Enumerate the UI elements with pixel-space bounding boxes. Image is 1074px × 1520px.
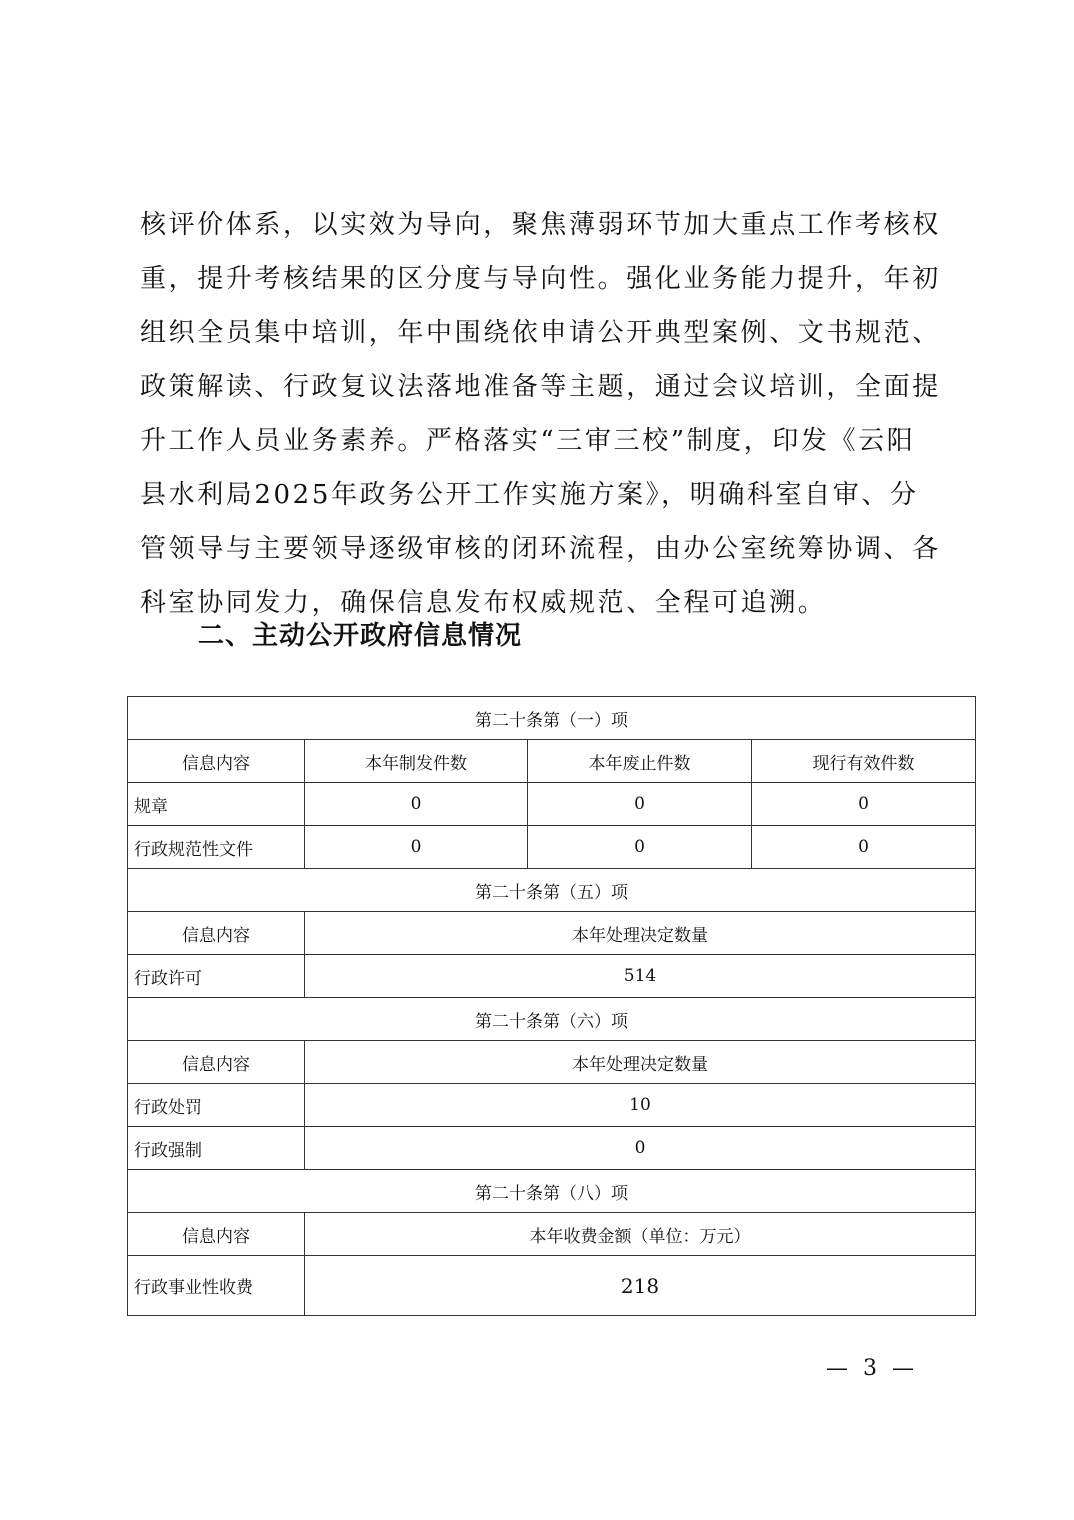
cell-value: 0 bbox=[528, 826, 752, 869]
column-header: 信息内容 bbox=[128, 1213, 305, 1256]
paragraph-line: 组织全员集中培训，年中围绕依申请公开典型案例、文书规范、 bbox=[140, 306, 940, 360]
header-row: 信息内容 本年处理决定数量 bbox=[128, 912, 976, 955]
cell-value: 10 bbox=[305, 1084, 976, 1127]
column-header: 本年处理决定数量 bbox=[305, 1041, 976, 1084]
row-label: 行政处罚 bbox=[128, 1084, 305, 1127]
column-header: 本年制发件数 bbox=[305, 740, 528, 783]
table-row: 行政许可 514 bbox=[128, 955, 976, 998]
section-title-row: 第二十条第（五）项 bbox=[128, 869, 976, 912]
page-number: — 3 — bbox=[826, 1356, 918, 1381]
column-header: 信息内容 bbox=[128, 912, 305, 955]
paragraph-line: 重，提升考核结果的区分度与导向性。强化业务能力提升，年初 bbox=[140, 252, 940, 306]
section-title: 第二十条第（五）项 bbox=[128, 869, 976, 912]
table-row: 行政强制 0 bbox=[128, 1127, 976, 1170]
cell-value: 218 bbox=[305, 1256, 976, 1316]
section-title: 第二十条第（六）项 bbox=[128, 998, 976, 1041]
cell-value: 0 bbox=[752, 826, 976, 869]
paragraph-line: 升工作人员业务素养。严格落实“三审三校”制度，印发《云阳 bbox=[140, 414, 940, 468]
table-row: 行政处罚 10 bbox=[128, 1084, 976, 1127]
paragraph-line: 县水利局2025年政务公开工作实施方案》，明确科室自审、分 bbox=[140, 468, 940, 522]
table-row: 规章 0 0 0 bbox=[128, 783, 976, 826]
column-header: 本年废止件数 bbox=[528, 740, 752, 783]
table-row: 行政规范性文件 0 0 0 bbox=[128, 826, 976, 869]
row-label: 行政事业性收费 bbox=[128, 1256, 305, 1316]
column-header: 信息内容 bbox=[128, 740, 305, 783]
section-title: 第二十条第（八）项 bbox=[128, 1170, 976, 1213]
column-header: 信息内容 bbox=[128, 1041, 305, 1084]
paragraph-line: 政策解读、行政复议法落地准备等主题，通过会议培训，全面提 bbox=[140, 360, 940, 414]
cell-value: 514 bbox=[305, 955, 976, 998]
header-row: 信息内容 本年处理决定数量 bbox=[128, 1041, 976, 1084]
section-title-row: 第二十条第（六）项 bbox=[128, 998, 976, 1041]
paragraph-line: 管领导与主要领导逐级审核的闭环流程，由办公室统筹协调、各 bbox=[140, 522, 940, 576]
column-header: 本年处理决定数量 bbox=[305, 912, 976, 955]
cell-value: 0 bbox=[305, 1127, 976, 1170]
section-title-row: 第二十条第（八）项 bbox=[128, 1170, 976, 1213]
paragraph-line: 核评价体系，以实效为导向，聚焦薄弱环节加大重点工作考核权 bbox=[140, 198, 940, 252]
row-label: 行政规范性文件 bbox=[128, 826, 305, 869]
section-heading: 二、主动公开政府信息情况 bbox=[198, 615, 522, 652]
row-label: 规章 bbox=[128, 783, 305, 826]
cell-value: 0 bbox=[305, 826, 528, 869]
disclosure-table: 第二十条第（一）项 信息内容 本年制发件数 本年废止件数 现行有效件数 规章 0… bbox=[127, 696, 976, 1316]
header-row: 信息内容 本年收费金额（单位：万元） bbox=[128, 1213, 976, 1256]
row-label: 行政强制 bbox=[128, 1127, 305, 1170]
column-header: 本年收费金额（单位：万元） bbox=[305, 1213, 976, 1256]
section-title-row: 第二十条第（一）项 bbox=[128, 697, 976, 740]
cell-value: 0 bbox=[305, 783, 528, 826]
cell-value: 0 bbox=[752, 783, 976, 826]
row-label: 行政许可 bbox=[128, 955, 305, 998]
body-paragraph: 核评价体系，以实效为导向，聚焦薄弱环节加大重点工作考核权 重，提升考核结果的区分… bbox=[140, 198, 940, 630]
column-header: 现行有效件数 bbox=[752, 740, 976, 783]
table-row: 行政事业性收费 218 bbox=[128, 1256, 976, 1316]
header-row: 信息内容 本年制发件数 本年废止件数 现行有效件数 bbox=[128, 740, 976, 783]
cell-value: 0 bbox=[528, 783, 752, 826]
section-title: 第二十条第（一）项 bbox=[128, 697, 976, 740]
